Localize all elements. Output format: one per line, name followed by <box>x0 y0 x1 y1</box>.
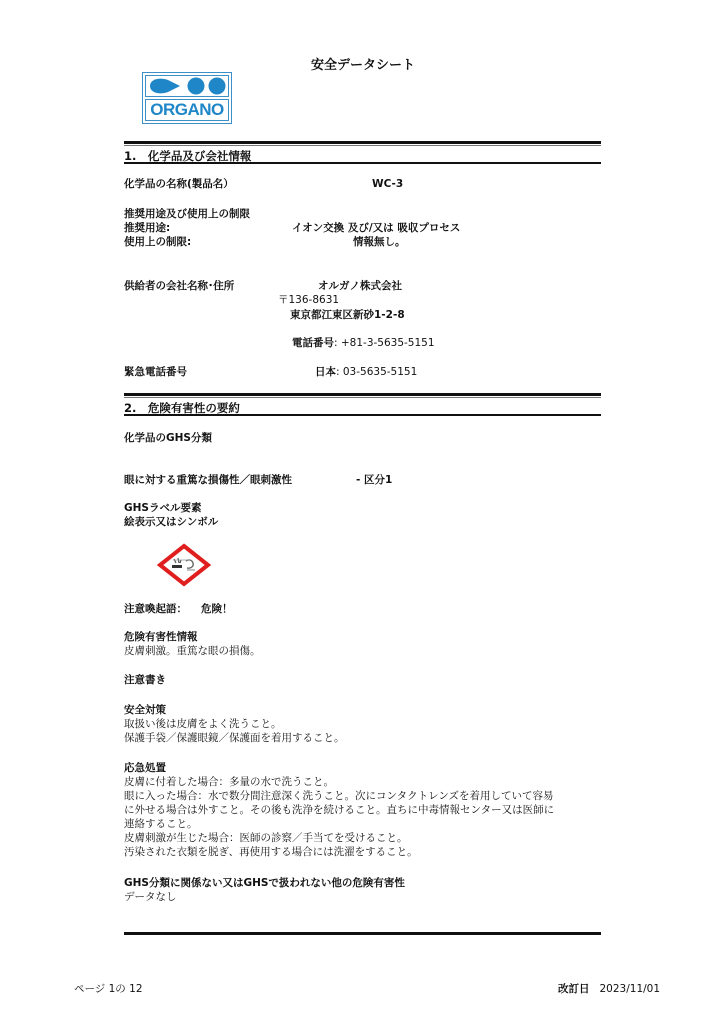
response-line: 眼に入った場合：水で数分間注意深く洗うこと。次にコンタクトレンズを着用していて容… <box>124 790 554 803</box>
emergency-country: 日本 <box>315 366 336 378</box>
address: 東京都江東区新砂1-2-8 <box>290 309 405 322</box>
revision-date: 2023/11/01 <box>600 983 661 995</box>
document-title: 安全データシート <box>311 54 415 73</box>
emergency-phone: : 03-5635-5151 <box>336 366 417 378</box>
restrictions-value: 情報無し。 <box>353 236 406 249</box>
prevention-line: 保護手袋／保護眼鏡／保護面を着用すること。 <box>124 732 345 745</box>
response-line: 汚染された衣類を脱ぎ、再使用する場合には洗濯をすること。 <box>124 846 418 859</box>
section-divider-bottom <box>124 414 601 416</box>
response-line: 皮膚刺激が生じた場合：医師の診察／手当てを受けること。 <box>124 832 408 845</box>
product-name-value: WC-3 <box>372 178 403 191</box>
product-name-label: 化学品の名称(製品名） <box>124 178 234 191</box>
ghs-classification-label: 化学品のGHS分類 <box>124 432 212 445</box>
other-hazards-heading: GHS分類に関係ない又はGHSで扱われない他の危険有害性 <box>124 877 405 890</box>
supplier-name: オルガノ株式会社 <box>318 280 402 293</box>
organo-logo: ORGANO <box>142 72 232 124</box>
response-line: 連絡すること。 <box>124 818 198 831</box>
emergency-label: 緊急電話番号 <box>124 366 187 379</box>
postal-code: 〒136-8631 <box>278 294 339 307</box>
page-number: ページ 1の 12 <box>74 983 143 996</box>
label-elements-heading: GHSラベル要素 <box>124 502 201 515</box>
hazard-class: 眼に対する重篤な損傷性／眼刺激性 <box>124 474 292 487</box>
logo-text: ORGANO <box>145 99 229 121</box>
section-divider-top <box>124 141 601 144</box>
response-line: 皮膚に付着した場合：多量の水で洗うこと。 <box>124 776 334 789</box>
hazard-category: - 区分1 <box>356 474 392 487</box>
corrosion-icon <box>156 543 212 587</box>
supplier-label: 供給者の会社名称･住所 <box>124 280 234 293</box>
section-divider-top <box>124 393 601 396</box>
revision-line: 改訂日2023/11/01 <box>558 983 660 996</box>
phone-line: 電話番号: +81-3-5635-5151 <box>292 337 435 350</box>
response-line: に外せる場合は外すこと。その後も洗浄を続けること。直ちに中毒情報センター又は医師… <box>124 804 554 817</box>
use-heading: 推奨用途及び使用上の制限 <box>124 208 250 221</box>
hazard-info: 皮膚刺激。重篤な眼の損傷。 <box>124 645 261 658</box>
response-heading: 応急処置 <box>124 762 166 775</box>
revision-label: 改訂日 <box>558 983 590 995</box>
emergency-line: 日本: 03-5635-5151 <box>315 366 417 379</box>
logo-drops-icon <box>145 75 229 97</box>
section-divider-top-shadow <box>124 397 601 398</box>
bottom-divider <box>124 932 601 935</box>
recommended-use-label: 推奨用途: <box>124 222 170 235</box>
precautions-heading: 注意書き <box>124 674 166 687</box>
signal-word-line: 注意喚起語：危険！ <box>124 603 233 616</box>
signal-word: 危険！ <box>201 603 233 615</box>
phone-label: 電話番号 <box>292 337 334 349</box>
prevention-line: 取扱い後は皮膚をよく洗うこと。 <box>124 718 282 731</box>
prevention-heading: 安全対策 <box>124 704 166 717</box>
signal-word-label: 注意喚起語： <box>124 603 187 615</box>
other-hazards: データなし <box>124 891 177 904</box>
section-divider-bottom <box>124 162 601 164</box>
restrictions-label: 使用上の制限: <box>124 236 191 249</box>
hazard-info-heading: 危険有害性情報 <box>124 631 198 644</box>
phone-value: : +81-3-5635-5151 <box>334 337 435 349</box>
pictogram-label: 絵表示又はシンボル <box>124 516 218 529</box>
section-divider-top-shadow <box>124 145 601 146</box>
recommended-use-value: イオン交換 及び/又は 吸収プロセス <box>292 222 460 235</box>
